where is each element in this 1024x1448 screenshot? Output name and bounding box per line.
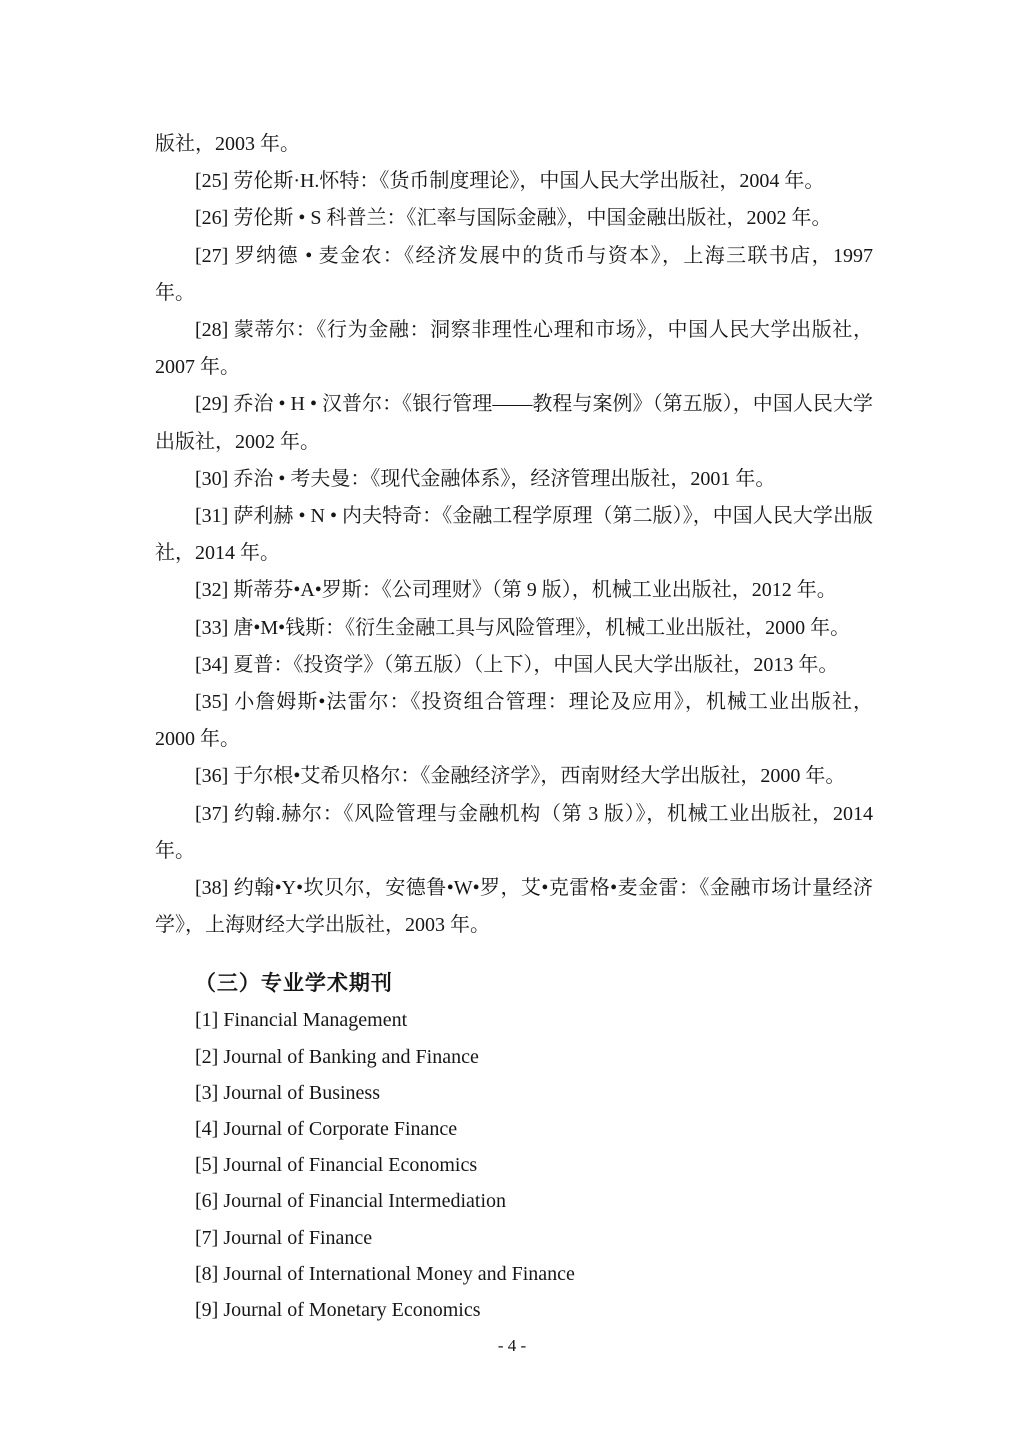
reference-item-36: [36] 于尔根•艾希贝格尔：《金融经济学》，西南财经大学出版社，2000 年。 [155,758,873,795]
document-page: 版社，2003 年。 [25] 劳伦斯·H.怀特：《货币制度理论》，中国人民大学… [0,0,1024,1448]
journal-item-6: [6] Journal of Financial Intermediation [155,1183,873,1219]
reference-item-28: [28] 蒙蒂尔：《行为金融：洞察非理性心理和市场》，中国人民大学出版社，200… [155,312,873,386]
reference-item-32: [32] 斯蒂芬•A•罗斯：《公司理财》（第 9 版），机械工业出版社，2012… [155,572,873,609]
reference-item-25: [25] 劳伦斯·H.怀特：《货币制度理论》，中国人民大学出版社，2004 年。 [155,163,873,200]
section-heading-journals: （三）专业学术期刊 [155,965,873,1002]
journal-item-7: [7] Journal of Finance [155,1220,873,1256]
reference-item-37: [37] 约翰.赫尔：《风险管理与金融机构（第 3 版）》，机械工业出版社，20… [155,796,873,870]
journal-item-3: [3] Journal of Business [155,1075,873,1111]
reference-item-38: [38] 约翰•Y•坎贝尔，安德鲁•W•罗，艾•克雷格•麦金雷：《金融市场计量经… [155,870,873,944]
journal-item-5: [5] Journal of Financial Economics [155,1147,873,1183]
reference-item-34: [34] 夏普：《投资学》（第五版）（上下），中国人民大学出版社，2013 年。 [155,647,873,684]
page-content: 版社，2003 年。 [25] 劳伦斯·H.怀特：《货币制度理论》，中国人民大学… [155,126,873,1328]
reference-item-35: [35] 小詹姆斯•法雷尔：《投资组合管理：理论及应用》，机械工业出版社，200… [155,684,873,758]
reference-item-26: [26] 劳伦斯 • S 科普兰：《汇率与国际金融》，中国金融出版社，2002 … [155,200,873,237]
journal-item-9: [9] Journal of Monetary Economics [155,1292,873,1328]
page-number: - 4 - [0,1336,1024,1356]
reference-item-30: [30] 乔治 • 考夫曼：《现代金融体系》，经济管理出版社，2001 年。 [155,461,873,498]
reference-item-31: [31] 萨利赫 • N • 内夫特奇：《金融工程学原理（第二版）》，中国人民大… [155,498,873,572]
journal-item-4: [4] Journal of Corporate Finance [155,1111,873,1147]
journal-item-8: [8] Journal of International Money and F… [155,1256,873,1292]
journal-item-1: [1] Financial Management [155,1002,873,1038]
reference-item-29: [29] 乔治 • H • 汉普尔：《银行管理——教程与案例》（第五版），中国人… [155,386,873,460]
journal-item-2: [2] Journal of Banking and Finance [155,1039,873,1075]
reference-continuation-line: 版社，2003 年。 [155,126,873,163]
reference-item-33: [33] 唐•M•钱斯：《衍生金融工具与风险管理》，机械工业出版社，2000 年… [155,610,873,647]
reference-item-27: [27] 罗纳德 • 麦金农：《经济发展中的货币与资本》，上海三联书店，1997… [155,238,873,312]
